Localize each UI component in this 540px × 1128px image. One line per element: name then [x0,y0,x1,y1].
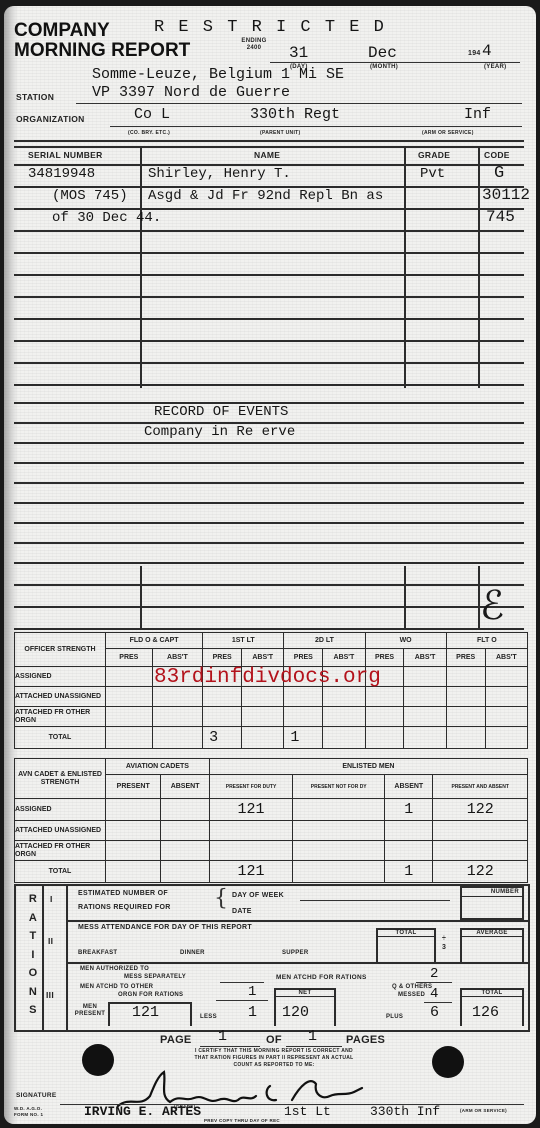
section-i-label1: ESTIMATED NUMBER OF [78,890,168,897]
col-header-grade: GRADE [418,150,450,160]
binder-hole-right [432,1046,464,1078]
total-present-and-absent: 122 [433,861,528,883]
form-number-label: W.D. A.G.O. FORM NO. 1 [14,1106,44,1118]
group-aviation-cadets: AVIATION CADETS [106,759,210,775]
less-label: LESS [200,1014,217,1020]
divide-by-three: ÷ 3 [442,934,452,952]
report-year: 4 [482,42,492,60]
net-value: 120 [282,1004,309,1021]
form-title-line1: COMPANY [14,20,110,42]
roster-remark-mos: (MOS 745) [52,188,128,204]
total-cadet-present [106,861,161,883]
sub-abst: ABS'T [404,649,446,667]
signer-rank: 1st Lt [284,1104,331,1119]
sub-present-for-duty: PRESENT FOR DUTY [209,775,292,799]
men-atchd-other-label1: MEN ATCHD TO OTHER [80,984,153,990]
pages-label: PAGES [346,1034,385,1046]
sub-present-and-absent: PRESENT AND ABSENT [433,775,528,799]
record-of-events-title: RECORD OF EVENTS [154,404,288,420]
men-authorized-label2: MESS SEPARATELY [124,974,186,980]
men-present-value: 121 [132,1004,159,1021]
service-label: (ARM OR SERVICE) [460,1108,507,1113]
station-label: STATION [16,92,54,102]
q-others-value: 4 [430,986,438,1002]
sub-pres: PRES [284,649,323,667]
roster-remark-mos-code: 745 [486,208,515,226]
men-atchd-other-value: 1 [248,984,256,1000]
assigned-present-for-duty: 121 [209,799,292,821]
plus-value: 6 [430,1004,439,1021]
date-label: DATE [232,908,252,915]
roster-remark-date: of 30 Dec 44. [52,210,161,226]
section-iii-numeral: III [46,990,54,1000]
sub-absent: ABSENT [385,775,433,799]
group-flt-o: FLT O [446,633,527,649]
assigned-present-not-for-duty [293,799,385,821]
organization-label: ORGANIZATION [16,114,85,124]
roster-code: G [494,164,504,183]
initials-mark: ℰ [480,586,504,626]
day-of-week-label: DAY OF WEEK [232,892,284,899]
plus-label: PLUS [386,1014,403,1020]
sub-pres: PRES [203,649,242,667]
men-authorized-label1: MEN AUTHORIZED TO [80,966,149,972]
total-cell [152,727,203,749]
sub-abst: ABS'T [485,649,527,667]
row-attached-unassigned: ATTACHED UNASSIGNED [15,821,106,841]
form-title-line2: MORNING REPORT [14,40,190,62]
roster-grade: Pvt [420,166,445,182]
total-present-not-for-duty [293,861,385,883]
arm-value: Inf [464,106,491,123]
q-others-label2: MESSED [398,992,425,998]
regiment-label: (PARENT UNIT) [260,130,300,136]
sub-pres: PRES [106,649,153,667]
section-ii-numeral: II [48,936,53,946]
page-number: 1 [218,1028,227,1045]
roster-remark-code: 30112 [482,186,530,204]
col-header-serial: SERIAL NUMBER [28,150,103,160]
sub-abst: ABS'T [323,649,365,667]
men-present-label: MEN PRESENT [72,1004,108,1018]
men-atchd-rations-label: MEN ATCHD FOR RATIONS [276,974,367,981]
section-i-numeral: I [50,894,53,904]
brace-icon: { [214,886,228,911]
roster-name: Shirley, Henry T. [148,166,291,182]
row-attached-other: ATTACHED FR OTHER ORGN [15,841,106,861]
supper-label: SUPPER [282,950,308,956]
total-1st-lt-pres: 3 [203,727,242,749]
sub-abst: ABS'T [242,649,284,667]
total-cell [242,727,284,749]
roster-serial: 34819948 [28,166,95,182]
row-assigned: ASSIGNED [15,799,106,821]
watermark: 83rdinfdivdocs.org [154,666,381,689]
enlisted-strength-title: AVN CADET & ENLISTED STRENGTH [15,759,106,799]
roster-remark-text: Asgd & Jd Fr 92nd Repl Bn as [148,188,383,204]
q-others-label1: Q & OTHERS [392,984,432,990]
total-cell [365,727,404,749]
rations-total-value: 126 [472,1004,499,1021]
row-total: TOTAL [15,861,106,883]
report-day: 31 [289,44,308,62]
assigned-absent: 1 [385,799,433,821]
report-month: Dec [368,44,397,62]
assigned-cadet-absent [161,799,209,821]
sub-abst: ABS'T [152,649,203,667]
grade-label: (GRADE) [174,1104,195,1109]
group-2d-lt: 2D LT [284,633,365,649]
total-cell [106,727,153,749]
company-label: (CO. BRY. ETC.) [128,130,170,136]
signer-unit: 330th Inf [370,1104,440,1119]
total-cell [404,727,446,749]
regiment-value: 330th Regt [250,106,340,123]
sub-cadet-present: PRESENT [106,775,161,799]
col-header-name: NAME [254,150,280,160]
signature-label: SIGNATURE [16,1092,57,1099]
total-cell [485,727,527,749]
row-attached-unassigned: ATTACHED UNASSIGNED [15,687,106,707]
group-1st-lt: 1ST LT [203,633,284,649]
total-cadet-absent [161,861,209,883]
officer-strength-table: OFFICER STRENGTH FLD O & CAPT 1ST LT 2D … [14,632,528,749]
bottom-note: PREV COPY THRU DAY OF REC [204,1118,280,1123]
col-header-code: CODE [484,150,510,160]
group-enlisted-men: ENLISTED MEN [209,759,527,775]
sub-pres: PRES [446,649,485,667]
location-line: Somme-Leuze, Belgium 1 Mi SE [92,66,344,83]
average-box: AVERAGE [460,928,524,964]
breakfast-label: BREAKFAST [78,950,117,956]
dinner-label: DINNER [180,950,205,956]
row-assigned: ASSIGNED [15,667,106,687]
record-of-events-text: Company in Re erve [144,424,295,440]
total-cell [323,727,365,749]
station-value: VP 3397 Nord de Guerre [92,84,290,101]
men-atchd-other-label2: ORGN FOR RATIONS [118,992,183,998]
assigned-present-and-absent: 122 [433,799,528,821]
sub-pres: PRES [365,649,404,667]
ending-label: ENDING 2400 [240,38,268,52]
total-absent: 1 [385,861,433,883]
group-fld-capt: FLD O & CAPT [106,633,203,649]
year-prefix: 194 [468,50,481,57]
officer-strength-title: OFFICER STRENGTH [15,633,106,667]
row-attached-other: ATTACHED FR OTHER ORGN [15,707,106,727]
arm-label: (ARM OR SERVICE) [422,130,474,136]
total-2d-lt-pres: 1 [284,727,323,749]
total-present-for-duty: 121 [209,861,292,883]
year-label: (YEAR) [484,64,506,70]
month-label: (MONTH) [370,64,398,70]
mess-attendance-label: MESS ATTENDANCE FOR DAY OF THIS REPORT [78,924,252,931]
of-label: OF [266,1034,282,1046]
classification-stamp: R E S T R I C T E D [154,18,386,37]
total-pages: 1 [308,1028,317,1045]
section-i-label2: RATIONS REQUIRED FOR [78,904,171,911]
company-value: Co L [134,106,170,123]
men-atchd-rations-value: 2 [430,966,438,982]
less-value: 1 [248,1004,257,1021]
mess-total-box: TOTAL [376,928,436,964]
assigned-cadet-present [106,799,161,821]
morning-report-card: COMPANY MORNING REPORT R E S T R I C T E… [4,6,536,1124]
group-wo: WO [365,633,446,649]
number-box: NUMBER [460,886,524,920]
page-label: PAGE [160,1034,192,1046]
sub-present-not-for-duty: PRESENT NOT FOR DY [293,775,385,799]
total-cell [446,727,485,749]
sub-cadet-absent: ABSENT [161,775,209,799]
row-total: TOTAL [15,727,106,749]
enlisted-strength-table: AVN CADET & ENLISTED STRENGTH AVIATION C… [14,758,528,883]
rations-side-letters: RATIONS [28,890,38,1020]
